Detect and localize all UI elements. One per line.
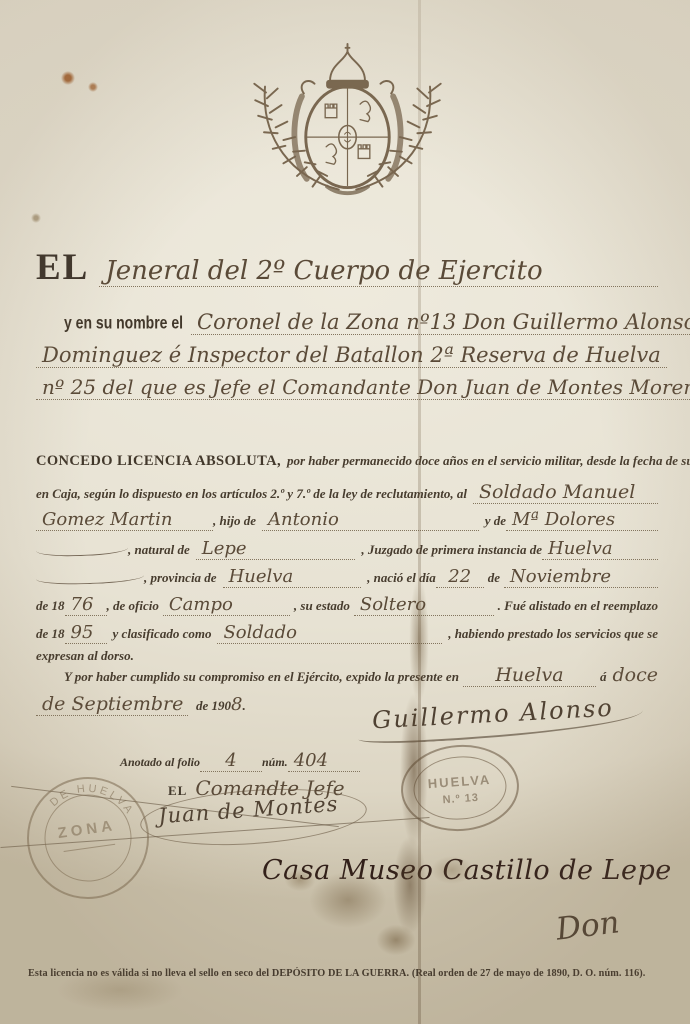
oval-stamp-huelva-13: HUELVA N.º 13 xyxy=(395,738,525,838)
clasificado-label: y clasificado como xyxy=(113,626,212,642)
heading-el: EL xyxy=(36,246,89,289)
filiacion-row-1: Gomez Martin , hijo de Antonio y de Mª D… xyxy=(36,509,658,531)
juzgado-fill: Huelva xyxy=(542,538,658,560)
anio-expedicion-fill: 8 xyxy=(231,694,242,715)
a-label: á xyxy=(600,669,607,685)
concedo-heading: CONCEDO LICENCIA ABSOLUTA, xyxy=(36,453,281,470)
filiacion-row-4: de 18 76 , de oficio Campo , su estado S… xyxy=(36,594,658,616)
oficio-fill: Campo xyxy=(163,594,290,616)
anio-reemplazo-fill: 95 xyxy=(65,622,107,644)
hijo-de-label: , hijo de xyxy=(213,513,256,529)
en-su-nombre-row: y en su nombre el Coronel de la Zona nº1… xyxy=(36,310,658,335)
natural-de-label: , natural de xyxy=(128,542,190,558)
filiacion-row-6: expresan al dorso. xyxy=(36,648,658,664)
lugar-expedicion-fill: Huelva xyxy=(463,664,596,687)
pen-flourish xyxy=(36,568,144,586)
nombre-line2-handwriting: Dominguez é Inspector del Batallon 2ª Re… xyxy=(36,343,667,368)
filiacion-row-2: , natural de Lepe , Juzgado de primera i… xyxy=(36,538,658,560)
alistado-label: . Fué alistado en el reemplazo xyxy=(498,598,658,614)
nombre-row-3: nº 25 del que es Jefe el Comandante Don … xyxy=(36,375,658,400)
legal-footer: Esta licencia no es válida si no lleva e… xyxy=(28,968,656,979)
anio-nacimiento-fill: 76 xyxy=(65,594,107,616)
anotado-row: Anotado al folio 4 núm. 404 xyxy=(120,750,360,772)
oficio-label: , de oficio xyxy=(107,598,159,614)
num-label: núm. xyxy=(262,755,288,770)
mes-expedicion-fill: de Septiembre xyxy=(36,693,188,716)
don-handwriting: Don xyxy=(554,904,621,947)
juzgado-label: , Juzgado de primera instancia de xyxy=(361,542,542,558)
oval-stamp-line2: N.º 13 xyxy=(442,792,479,807)
document-scan: EL Jeneral del 2º Cuerpo de Ejercito y e… xyxy=(0,0,690,1024)
concedo-row-2: en Caja, según lo dispuesto en los artíc… xyxy=(36,481,658,504)
punto: . xyxy=(242,698,245,714)
natural-fill: Lepe xyxy=(196,538,356,560)
nombre-line1-handwriting: Coronel de la Zona nº13 Don Guillermo Al… xyxy=(191,310,690,335)
nombre-soldado-fill: Gomez Martin xyxy=(36,509,213,531)
round-stamp-zona-huelva: DE HUELVA ZONA xyxy=(13,763,162,912)
de190-label: de 190 xyxy=(196,698,231,714)
habiendo-label: , habiendo prestado los servicios que se xyxy=(448,626,658,642)
general-line-handwriting: Jeneral del 2º Cuerpo de Ejercito xyxy=(99,256,658,287)
provincia-label: , provincia de xyxy=(144,570,217,586)
round-stamp-center-text: ZONA xyxy=(57,817,117,842)
concedo-text-2: en Caja, según lo dispuesto en los artíc… xyxy=(36,486,467,502)
expedicion-text: Y por haber cumplido su compromiso en el… xyxy=(64,669,459,685)
folio-fill: 4 xyxy=(200,750,262,772)
de-label: de xyxy=(488,570,500,586)
dia-expedicion-fill: doce xyxy=(613,664,659,686)
numero-fill: 404 xyxy=(288,750,360,772)
concedo-text-1: por haber permanecido doce años en el se… xyxy=(287,453,690,469)
nacio-label: , nació el día xyxy=(367,570,436,586)
dia-nacimiento-fill: 22 xyxy=(436,566,484,588)
pen-flourish xyxy=(36,540,128,557)
mes-nacimiento-fill: Noviembre xyxy=(504,566,658,588)
nombre-row-2: Dominguez é Inspector del Batallon 2ª Re… xyxy=(36,343,658,368)
de18-label-2: de 18 xyxy=(36,626,65,642)
en-su-nombre-label: y en su nombre el xyxy=(64,312,183,332)
clasificacion-fill: Soldado xyxy=(217,622,442,644)
heading-row: EL Jeneral del 2º Cuerpo de Ejercito xyxy=(36,246,658,289)
estado-label: , su estado xyxy=(294,598,350,614)
el-label: EL xyxy=(168,783,187,799)
filiacion-row-5: de 18 95 y clasificado como Soldado , ha… xyxy=(36,622,658,644)
nombre-line3-handwriting: nº 25 del que es Jefe el Comandante Don … xyxy=(36,375,690,400)
soldado-fill: Soldado Manuel xyxy=(473,481,658,504)
y-de-label: y de xyxy=(485,513,506,529)
museum-watermark: Casa Museo Castillo de Lepe xyxy=(262,855,672,886)
oval-stamp-line1: HUELVA xyxy=(427,772,491,791)
coat-of-arms-icon xyxy=(235,42,460,207)
concedo-row-1: CONCEDO LICENCIA ABSOLUTA, por haber per… xyxy=(36,453,658,470)
filiacion-row-3: , provincia de Huelva , nació el día 22 … xyxy=(36,566,658,588)
de18-label: de 18 xyxy=(36,598,65,614)
expedicion-row-1: Y por haber cumplido su compromiso en el… xyxy=(36,664,658,687)
padre-fill: Antonio xyxy=(262,509,479,531)
estado-fill: Soltero xyxy=(354,594,494,616)
expresan-label: expresan al dorso. xyxy=(36,648,134,664)
madre-fill: Mª Dolores xyxy=(506,509,658,531)
provincia-fill: Huelva xyxy=(223,566,362,588)
